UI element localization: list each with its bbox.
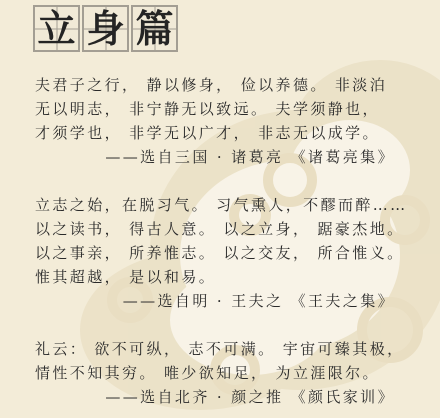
passage-attribution: ——选自北齐 · 颜之推 《颜氏家训》 xyxy=(35,385,405,409)
passage-line: 无以明志， 非宁静无以致远。 夫学须静也， xyxy=(35,97,405,121)
passage-line: 以之读书， 得古人意。 以之立身， 踞豪杰地。 xyxy=(35,217,405,241)
passage-line: 情性不知其穷。 唯少欲知足， 为立涯限尔。 xyxy=(35,361,405,385)
title-char: 身 xyxy=(86,10,124,48)
passage-line: 惟其超越， 是以和易。 xyxy=(35,265,405,289)
passage-wang-fuzhi: 立志之始，在脱习气。 习气熏人，不醪而醉…… 以之读书， 得古人意。 以之立身，… xyxy=(35,193,405,313)
passage-line: 礼云： 欲不可纵， 志不可满。 宇宙可臻其极， xyxy=(35,337,405,361)
passage-line: 夫君子之行， 静以修身， 俭以养德。 非淡泊 xyxy=(35,73,405,97)
title-grid-box: 篇 xyxy=(131,5,178,52)
passage-yan-zhitui: 礼云： 欲不可纵， 志不可满。 宇宙可臻其极， 情性不知其穷。 唯少欲知足， 为… xyxy=(35,337,405,409)
title-char: 立 xyxy=(37,10,75,48)
passage-attribution: ——选自三国 · 诸葛亮 《诸葛亮集》 xyxy=(35,145,405,169)
passage-zhuge-liang: 夫君子之行， 静以修身， 俭以养德。 非淡泊 无以明志， 非宁静无以致远。 夫学… xyxy=(35,73,405,169)
passage-line: 立志之始，在脱习气。 习气熏人，不醪而醉…… xyxy=(35,193,405,217)
title-grid-box: 身 xyxy=(82,5,129,52)
passage-attribution: ——选自明 · 王夫之 《王夫之集》 xyxy=(35,289,405,313)
page-title: 立 身 篇 xyxy=(33,5,178,52)
passages: 夫君子之行， 静以修身， 俭以养德。 非淡泊 无以明志， 非宁静无以致远。 夫学… xyxy=(35,73,405,409)
title-char: 篇 xyxy=(135,10,173,48)
title-grid-box: 立 xyxy=(33,5,80,52)
passage-line: 才须学也， 非学无以广才， 非志无以成学。 xyxy=(35,121,405,145)
passage-line: 以之事亲， 所养惟志。 以之交友， 所合惟义。 xyxy=(35,241,405,265)
